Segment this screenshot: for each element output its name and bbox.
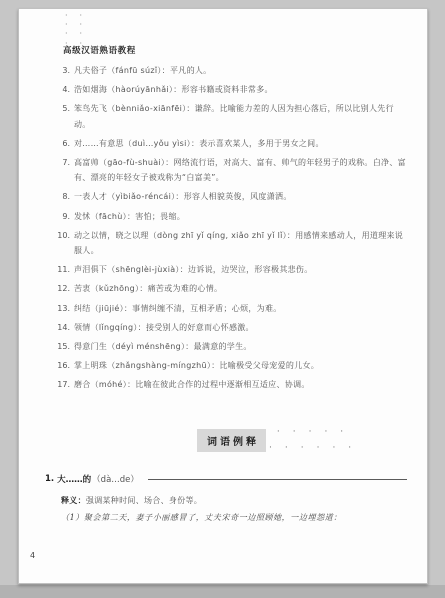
glossary-item-text: 纠结（jiūjié）：事情纠缠不清，互相矛盾；心烦，为难。 [74,301,407,316]
glossary-item-number: 6. [55,136,74,151]
glossary-item-text: 领情（lǐngqíng）：接受别人的好意而心怀感激。 [74,320,407,335]
glossary-item-number: 4. [55,82,74,97]
entry-heading: 1. 大……的 （dà…de） [45,473,407,485]
glossary-item-text: 一表人才（yìbiǎo-réncái）：形容人相貌英俊，风度潇洒。 [74,189,407,204]
heading-rule-line [148,479,407,480]
glossary-item-number: 15. [55,339,74,354]
glossary-item-number: 8. [55,189,74,204]
entry-headword: 大……的 [57,473,91,485]
glossary-item: 12. 苦衷（kǔzhōng）：痛苦或为难的心情。 [55,281,407,296]
glossary-item-number: 14. [55,320,74,335]
glossary-item-text: 高富帅（gāo-fù-shuài）：网络流行语，对高大、富有、帅气的年轻男子的戏… [74,155,407,185]
glossary-item-text: 苦衷（kǔzhōng）：痛苦或为难的心情。 [74,281,407,296]
glossary-item-number: 9. [55,209,74,224]
glossary-item-number: 13. [55,301,74,316]
glossary-item: 17. 磨合（móhé）：比喻在彼此合作的过程中逐渐相互适应、协调。 [55,377,407,392]
glossary-item-text: 声泪俱下（shēnglèi-jùxià）：边诉说，边哭泣，形容极其悲伤。 [74,262,407,277]
glossary-item: 13. 纠结（jiūjié）：事情纠缠不清，互相矛盾；心烦，为难。 [55,301,407,316]
glossary-item-number: 10. [55,228,74,258]
example-sentence: （1）聚会第二天，妻子小丽感冒了，丈夫宋奇一边照顾她，一边埋怨道： [61,512,405,523]
glossary-item: 10. 动之以情，晓之以理（dòng zhī yǐ qíng, xiǎo zhī… [55,228,407,258]
glossary-item-number: 3. [55,63,74,78]
glossary-item: 8. 一表人才（yìbiǎo-réncái）：形容人相貌英俊，风度潇洒。 [55,189,407,204]
corner-dots-decoration: ·· ·· ·· ·· [65,11,94,48]
glossary-list: 3. 凡夫俗子（fánfū súzǐ）：平凡的人。 4. 浩如烟海（hàorúy… [55,63,407,397]
glossary-item-number: 17. [55,377,74,392]
entry-number: 1. [45,474,54,484]
definition-text: 强调某种时间、场合、身份等。 [86,496,202,505]
glossary-item: 7. 高富帅（gāo-fù-shuài）：网络流行语，对高大、富有、帅气的年轻男… [55,155,407,185]
definition-row: 释义：强调某种时间、场合、身份等。 [61,495,405,506]
glossary-item-text: 掌上明珠（zhǎngshàng-míngzhū）：比喻极受父母宠爱的儿女。 [74,358,407,373]
scanned-book-screenshot: ·· ·· ·· ·· 高级汉语熟语教程 3. 凡夫俗子（fánfū súzǐ）… [0,0,445,598]
glossary-item: 15. 得意门生（déyì ménshēng）：最满意的学生。 [55,339,407,354]
glossary-item-number: 7. [55,155,74,185]
glossary-item: 11. 声泪俱下（shēnglèi-jùxià）：边诉说，边哭泣，形容极其悲伤。 [55,262,407,277]
glossary-item-number: 12. [55,281,74,296]
dots-row: ·· [65,29,94,38]
section-header-row: ······ ······ 词语例释 [19,425,427,459]
section-dots-decoration: ······ [269,444,364,453]
glossary-item-text: 浩如烟海（hàorúyānhǎi）：形容书籍或资料非常多。 [74,82,407,97]
section-title: 词语例释 [197,429,266,452]
glossary-item-number: 16. [55,358,74,373]
dots-row: ·· [65,11,94,20]
dots-row: ·· [65,20,94,29]
glossary-item: 3. 凡夫俗子（fánfū súzǐ）：平凡的人。 [55,63,407,78]
definition-label: 释义： [61,496,86,505]
glossary-item-text: 动之以情，晓之以理（dòng zhī yǐ qíng, xiǎo zhī yǐ … [74,228,407,258]
glossary-item-text: 发怵（fāchù）：害怕；畏缩。 [74,209,407,224]
glossary-item-text: 对……有意思（duì…yǒu yìsi）：表示喜欢某人，多用于男女之间。 [74,136,407,151]
section-dots-decoration: ······ [261,428,356,437]
glossary-item: 16. 掌上明珠（zhǎngshàng-míngzhū）：比喻极受父母宠爱的儿女… [55,358,407,373]
page-number: 4 [30,551,35,560]
glossary-item-number: 11. [55,262,74,277]
glossary-item-text: 得意门生（déyì ménshēng）：最满意的学生。 [74,339,407,354]
glossary-item-text: 凡夫俗子（fánfū súzǐ）：平凡的人。 [74,63,407,78]
glossary-item: 14. 领情（lǐngqíng）：接受别人的好意而心怀感激。 [55,320,407,335]
glossary-item-number: 5. [55,101,74,131]
glossary-item: 4. 浩如烟海（hàorúyānhǎi）：形容书籍或资料非常多。 [55,82,407,97]
glossary-item: 6. 对……有意思（duì…yǒu yìsi）：表示喜欢某人，多用于男女之间。 [55,136,407,151]
scanner-bottom-strip [0,585,445,598]
glossary-item: 9. 发怵（fāchù）：害怕；畏缩。 [55,209,407,224]
glossary-item: 5. 笨鸟先飞（bènniǎo-xiānfēi）：谦辞。比喻能力差的人因为担心落… [55,101,407,131]
glossary-item-text: 笨鸟先飞（bènniǎo-xiānfēi）：谦辞。比喻能力差的人因为担心落后，所… [74,101,407,131]
glossary-item-text: 磨合（móhé）：比喻在彼此合作的过程中逐渐相互适应、协调。 [74,377,407,392]
entry-pinyin: （dà…de） [92,473,139,485]
book-page: ·· ·· ·· ·· 高级汉语熟语教程 3. 凡夫俗子（fánfū súzǐ）… [18,8,428,584]
running-head-book-title: 高级汉语熟语教程 [63,44,136,56]
